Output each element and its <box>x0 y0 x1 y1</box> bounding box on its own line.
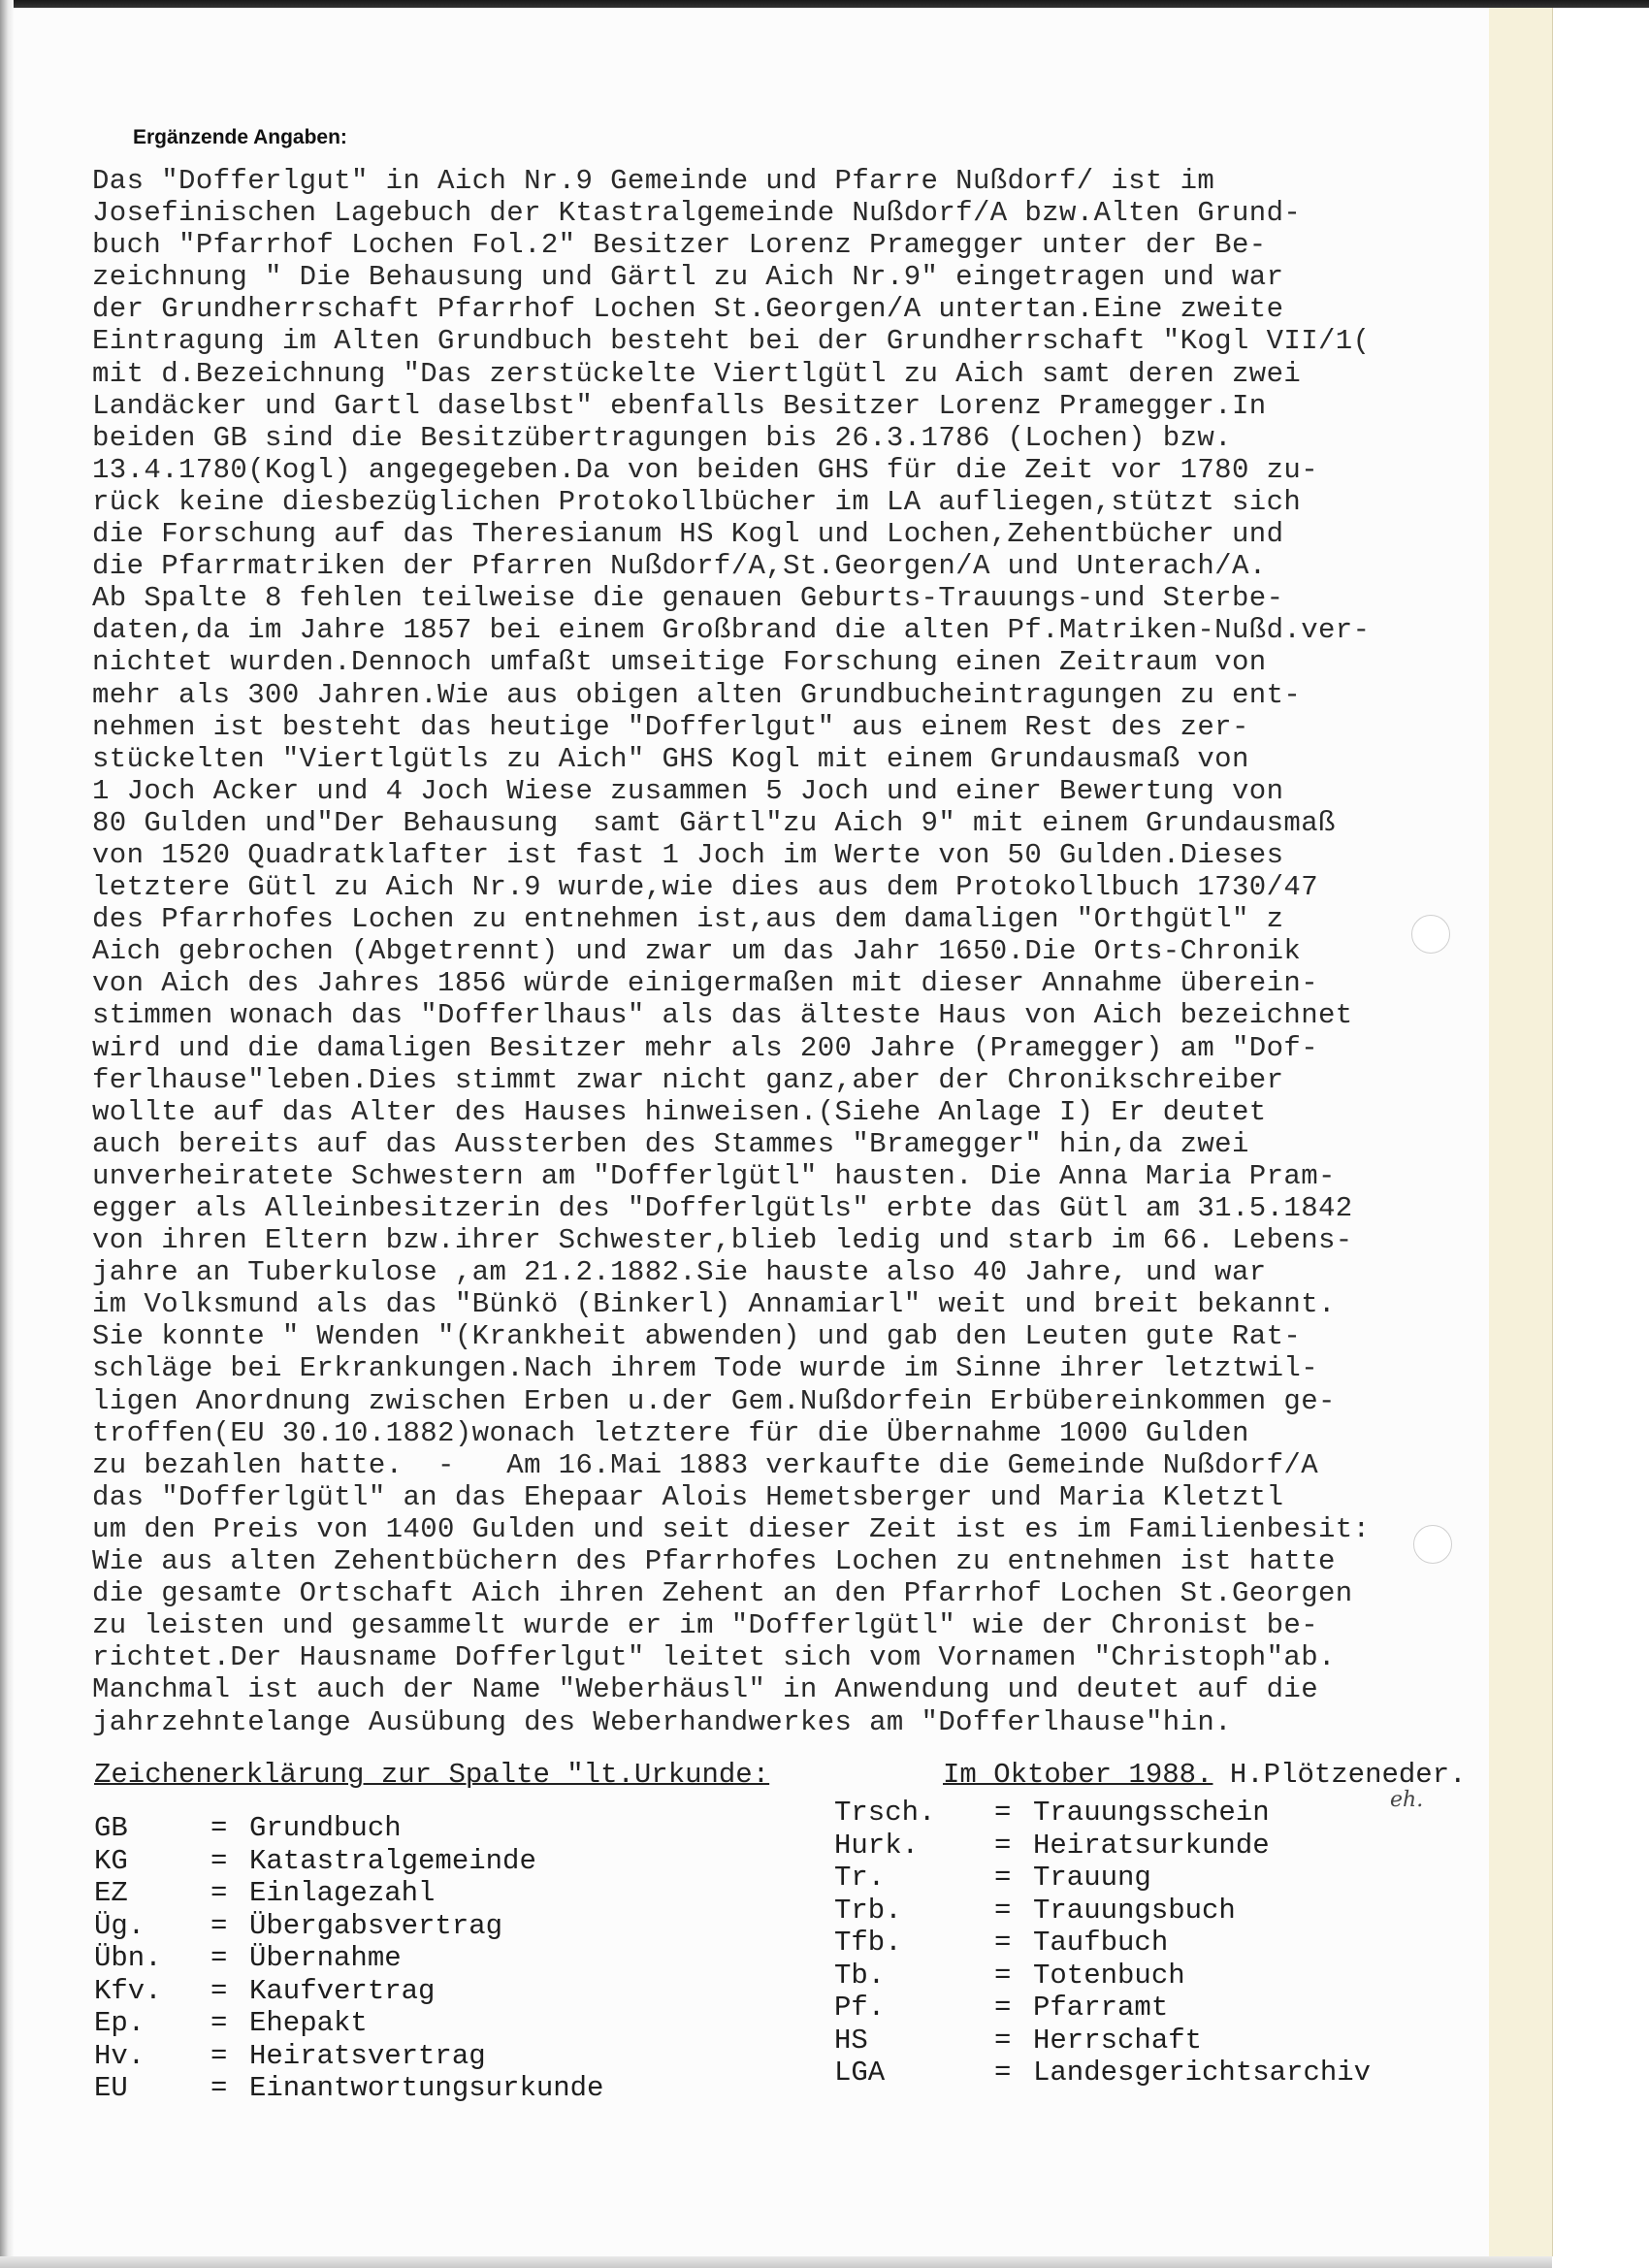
abbreviation-meaning: Totenbuch <box>1033 1960 1185 1993</box>
abbreviation-meaning: Übergabsvertrag <box>249 1910 502 1943</box>
abbreviation-key: Trb. <box>834 1895 994 1928</box>
text-line: troffen(EU 30.10.1882)wonach letztere fü… <box>92 1417 1547 1449</box>
abbreviation-row: GB=Grundbuch <box>94 1812 603 1845</box>
equals-sign: = <box>210 2072 249 2105</box>
text-line: zeichnung " Die Behausung und Gärtl zu A… <box>92 261 1547 293</box>
abbreviation-row: EZ=Einlagezahl <box>94 1877 603 1910</box>
abbreviation-key: Tr. <box>834 1862 994 1895</box>
text-line: mit d.Bezeichnung "Das zerstückelte Vier… <box>92 358 1547 390</box>
abbreviation-meaning: Katastralgemeinde <box>249 1845 536 1878</box>
text-line: ligen Anordnung zwischen Erben u.der Gem… <box>92 1385 1547 1417</box>
abbreviation-meaning: Taufbuch <box>1033 1927 1168 1960</box>
abbreviation-row: Trsch.=Trauungsschein <box>834 1797 1371 1830</box>
text-line: Das "Dofferlgut" in Aich Nr.9 Gemeinde u… <box>92 165 1547 197</box>
text-line: Landäcker und Gartl daselbst" ebenfalls … <box>92 390 1547 422</box>
abbreviation-key: Hv. <box>94 2040 210 2073</box>
abbreviation-meaning: Trauungsbuch <box>1033 1895 1236 1928</box>
abbreviation-meaning: Heiratsurkunde <box>1033 1830 1270 1863</box>
legend-title: Zeichenerklärung zur Spalte "lt.Urkunde: <box>94 1759 769 1791</box>
abbreviation-row: HS=Herrschaft <box>834 2025 1371 2057</box>
abbreviation-key: Kfv. <box>94 1975 210 2008</box>
text-line: zu leisten und gesammelt wurde er im "Do… <box>92 1609 1547 1641</box>
text-line: buch "Pfarrhof Lochen Fol.2" Besitzer Lo… <box>92 229 1547 261</box>
abbreviation-key: GB <box>94 1812 210 1845</box>
text-line: das "Dofferlgütl" an das Ehepaar Alois H… <box>92 1481 1547 1513</box>
equals-sign: = <box>210 1845 249 1878</box>
abbreviation-meaning: Landesgerichtsarchiv <box>1033 2057 1371 2090</box>
abbreviation-row: EU=Einantwortungsurkunde <box>94 2072 603 2105</box>
handwritten-initials: eh. <box>1390 1788 1423 1812</box>
abbreviation-key: Übn. <box>94 1942 210 1975</box>
text-line: stimmen wonach das "Dofferlhaus" als das… <box>92 999 1547 1031</box>
abbreviation-meaning: Trauung <box>1033 1862 1151 1895</box>
abbreviation-key: Tb. <box>834 1960 994 1993</box>
equals-sign: = <box>994 1895 1033 1928</box>
abbreviation-row: Ep.=Ehepakt <box>94 2007 603 2040</box>
abbreviation-key: Üg. <box>94 1910 210 1943</box>
scan-bottom-edge <box>0 2256 1552 2268</box>
abbreviation-key: HS <box>834 2025 994 2057</box>
text-line: von 1520 Quadratklafter ist fast 1 Joch … <box>92 839 1547 871</box>
text-line: Manchmal ist auch der Name "Weberhäusl" … <box>92 1673 1547 1705</box>
equals-sign: = <box>210 1910 249 1943</box>
equals-sign: = <box>994 1830 1033 1863</box>
text-line: jahre an Tuberkulose ,am 21.2.1882.Sie h… <box>92 1256 1547 1288</box>
abbreviation-meaning: Herrschaft <box>1033 2025 1202 2057</box>
equals-sign: = <box>994 1960 1033 1993</box>
text-line: mehr als 300 Jahren.Wie aus obigen alten… <box>92 679 1547 711</box>
text-line: von Aich des Jahres 1856 würde einigerma… <box>92 967 1547 999</box>
abbreviation-row: KG=Katastralgemeinde <box>94 1845 603 1878</box>
equals-sign: = <box>994 2025 1033 2057</box>
abbreviation-meaning: Heiratsvertrag <box>249 2040 486 2073</box>
abbreviation-meaning: Kaufvertrag <box>249 1975 435 2008</box>
abbreviation-row: Trb.=Trauungsbuch <box>834 1895 1371 1928</box>
equals-sign: = <box>994 1927 1033 1960</box>
equals-sign: = <box>994 1992 1033 2025</box>
text-line: letztere Gütl zu Aich Nr.9 wurde,wie die… <box>92 871 1547 903</box>
equals-sign: = <box>994 1862 1033 1895</box>
text-line: 80 Gulden und"Der Behausung samt Gärtl"z… <box>92 807 1547 839</box>
equals-sign: = <box>994 1797 1033 1830</box>
text-line: der Grundherrschaft Pfarrhof Lochen St.G… <box>92 293 1547 325</box>
text-line: zu bezahlen hatte. - Am 16.Mai 1883 verk… <box>92 1449 1547 1481</box>
text-line: Josefinischen Lagebuch der Ktastralgemei… <box>92 197 1547 229</box>
abbreviation-meaning: Pfarramt <box>1033 1992 1168 2025</box>
signoff: Im Oktober 1988. H.Plötzeneder. <box>943 1759 1467 1791</box>
signoff-date: Im Oktober 1988. <box>943 1759 1212 1791</box>
abbreviation-row: Hurk.=Heiratsurkunde <box>834 1830 1371 1863</box>
text-line: im Volksmund als das "Bünkö (Binkerl) An… <box>92 1288 1547 1320</box>
text-line: wollte auf das Alter des Hauses hinweise… <box>92 1096 1547 1128</box>
text-line: Ab Spalte 8 fehlen teilweise die genauen… <box>92 582 1547 614</box>
abbreviation-key: EU <box>94 2072 210 2105</box>
text-line: stückelten "Viertlgütls zu Aich" GHS Kog… <box>92 743 1547 775</box>
abbreviation-key: Ep. <box>94 2007 210 2040</box>
text-line: des Pfarrhofes Lochen zu entnehmen ist,a… <box>92 903 1547 935</box>
text-line: daten,da im Jahre 1857 bei einem Großbra… <box>92 614 1547 646</box>
text-line: ferlhause"leben.Dies stimmt zwar nicht g… <box>92 1064 1547 1096</box>
equals-sign: = <box>210 1877 249 1910</box>
equals-sign: = <box>210 2040 249 2073</box>
abbreviation-meaning: Grundbuch <box>249 1812 402 1845</box>
text-line: Eintragung im Alten Grundbuch besteht be… <box>92 325 1547 357</box>
text-line: richtet.Der Hausname Dofferlgut" leitet … <box>92 1641 1547 1673</box>
text-line: wird und die damaligen Besitzer mehr als… <box>92 1032 1547 1064</box>
equals-sign: = <box>210 1812 249 1845</box>
abbreviation-list-right: Trsch.=TrauungsscheinHurk.=Heiratsurkund… <box>834 1797 1371 2090</box>
text-line: rück keine diesbezüglichen Protokollbüch… <box>92 486 1547 518</box>
text-line: nehmen ist besteht das heutige "Dofferlg… <box>92 711 1547 743</box>
body-text: Das "Dofferlgut" in Aich Nr.9 Gemeinde u… <box>92 165 1547 1738</box>
abbreviation-meaning: Einlagezahl <box>249 1877 435 1910</box>
abbreviation-row: Kfv.=Kaufvertrag <box>94 1975 603 2008</box>
abbreviation-meaning: Ehepakt <box>249 2007 368 2040</box>
abbreviation-row: Hv.=Heiratsvertrag <box>94 2040 603 2073</box>
abbreviation-key: Tfb. <box>834 1927 994 1960</box>
text-line: auch bereits auf das Aussterben des Stam… <box>92 1128 1547 1160</box>
abbreviation-row: Tfb.=Taufbuch <box>834 1927 1371 1960</box>
abbreviation-key: Hurk. <box>834 1830 994 1863</box>
text-line: Sie konnte " Wenden "(Krankheit abwenden… <box>92 1320 1547 1352</box>
equals-sign: = <box>210 2007 249 2040</box>
abbreviation-key: KG <box>94 1845 210 1878</box>
scan-right-margin <box>1553 8 1649 2268</box>
abbreviation-row: LGA=Landesgerichtsarchiv <box>834 2057 1371 2090</box>
abbreviation-key: LGA <box>834 2057 994 2090</box>
text-line: 13.4.1780(Kogl) angegegeben.Da von beide… <box>92 454 1547 486</box>
abbreviation-row: Tr.=Trauung <box>834 1862 1371 1895</box>
abbreviation-key: Pf. <box>834 1992 994 2025</box>
scan-left-shadow <box>0 0 14 2268</box>
text-line: um den Preis von 1400 Gulden und seit di… <box>92 1513 1547 1545</box>
text-line: jahrzehntelange Ausübung des Weberhandwe… <box>92 1706 1547 1738</box>
equals-sign: = <box>210 1942 249 1975</box>
abbreviation-key: EZ <box>94 1877 210 1910</box>
equals-sign: = <box>994 2057 1033 2090</box>
text-line: nichtet wurden.Dennoch umfaßt umseitige … <box>92 646 1547 678</box>
text-line: schläge bei Erkrankungen.Nach ihrem Tode… <box>92 1352 1547 1384</box>
abbreviation-list-left: GB=GrundbuchKG=KatastralgemeindeEZ=Einla… <box>94 1812 603 2105</box>
text-line: 1 Joch Acker und 4 Joch Wiese zusammen 5… <box>92 775 1547 807</box>
abbreviation-meaning: Einantwortungsurkunde <box>249 2072 603 2105</box>
abbreviation-row: Tb.=Totenbuch <box>834 1960 1371 1993</box>
text-line: die Forschung auf das Theresianum HS Kog… <box>92 518 1547 550</box>
text-line: Wie aus alten Zehentbüchern des Pfarrhof… <box>92 1545 1547 1577</box>
abbreviation-row: Übn.=Übernahme <box>94 1942 603 1975</box>
abbreviation-row: Pf.=Pfarramt <box>834 1992 1371 2025</box>
section-heading: Ergänzende Angaben: <box>133 126 347 149</box>
text-line: egger als Alleinbesitzerin des "Dofferlg… <box>92 1192 1547 1224</box>
text-line: beiden GB sind die Besitzübertragungen b… <box>92 422 1547 454</box>
text-line: die gesamte Ortschaft Aich ihren Zehent … <box>92 1577 1547 1609</box>
text-line: die Pfarrmatriken der Pfarren Nußdorf/A,… <box>92 550 1547 582</box>
text-line: unverheiratete Schwestern am "Dofferlgüt… <box>92 1160 1547 1192</box>
equals-sign: = <box>210 1975 249 2008</box>
abbreviation-key: Trsch. <box>834 1797 994 1830</box>
abbreviation-row: Üg.=Übergabsvertrag <box>94 1910 603 1943</box>
text-line: von ihren Eltern bzw.ihrer Schwester,bli… <box>92 1224 1547 1256</box>
abbreviation-meaning: Übernahme <box>249 1942 402 1975</box>
abbreviation-meaning: Trauungsschein <box>1033 1797 1270 1830</box>
signoff-author: H.Plötzeneder. <box>1212 1759 1466 1791</box>
text-line: Aich gebrochen (Abgetrennt) und zwar um … <box>92 935 1547 967</box>
